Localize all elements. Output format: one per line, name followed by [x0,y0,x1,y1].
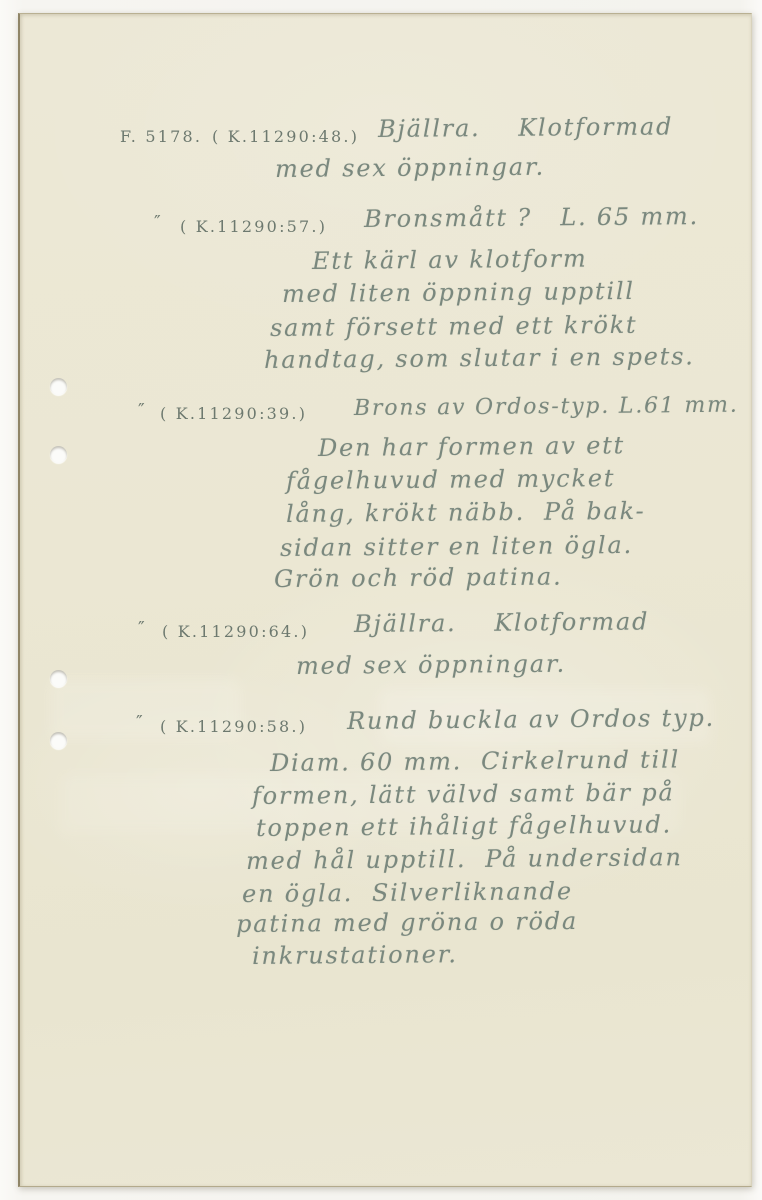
entry-3-line-1: Den har formen av ett [318,430,625,463]
entry-3-ditto-mark: ″ [138,400,146,421]
entry-2-heading: Bronsmått ? L. 65 mm. [364,201,699,234]
entry-3-line-2: fågelhuvud med mycket [286,463,616,496]
entry-5-ditto-mark: ″ [136,712,144,733]
entry-5-line-7: inkrustationer. [252,939,458,971]
paper-sheet: F. 5178. ( K.11290:48.) Bjällra. Klotfor… [18,13,752,1187]
entry-4-heading: Bjällra. Klotformad [354,606,649,639]
entry-1-ref: ( K.11290:48.) [212,126,359,148]
entry-5-line-1: Diam. 60 mm. Cirkelrund till [270,744,680,778]
entry-1-line-1: med sex öppningar. [275,152,545,184]
entry-1-number: F. 5178. [120,126,202,148]
entry-5-heading: Rund buckla av Ordos typ. [347,703,715,736]
entry-5-line-3: toppen ett ihåligt fågelhuvud. [256,809,672,843]
entry-5-ref: ( K.11290:58.) [160,716,307,738]
entry-2-line-1: Ett kärl av klotform [312,244,588,276]
entry-2-ditto-mark: ″ [154,212,162,233]
entry-2-line-3: samt försett med ett krökt [270,310,638,343]
entry-5-line-4: med hål upptill. På undersidan [246,842,683,876]
entry-4-ditto-mark: ″ [138,618,146,639]
punch-hole [50,378,67,395]
entry-3-line-3: lång, krökt näbb. På bak- [286,496,646,529]
entry-1-heading: Bjällra. Klotformad [378,111,673,144]
entry-4-ref: ( K.11290:64.) [162,621,309,643]
entry-4-line-1: med sex öppningar. [296,649,566,681]
entry-3-line-5: Grön och röd patina. [274,561,563,594]
punch-hole [50,732,67,749]
entry-3-line-4: sidan sitter en liten ögla. [280,530,633,563]
entry-5-line-2: formen, lätt välvd samt bär på [252,777,675,811]
entry-3-heading: Brons av Ordos-typ. L.61 mm. [354,391,739,424]
punch-hole [50,670,67,687]
entry-2-ref: ( K.11290:57.) [180,216,327,238]
punch-hole [50,446,67,463]
entry-5-line-6: patina med gröna o röda [236,906,578,939]
entry-2-line-4: handtag, som slutar i en spets. [264,341,695,375]
entry-3-ref: ( K.11290:39.) [160,403,307,425]
entry-2-line-2: med liten öppning upptill [282,276,635,309]
entry-5-line-5: en ögla. Silverliknande [242,876,573,909]
scan-background: F. 5178. ( K.11290:48.) Bjällra. Klotfor… [0,0,762,1200]
